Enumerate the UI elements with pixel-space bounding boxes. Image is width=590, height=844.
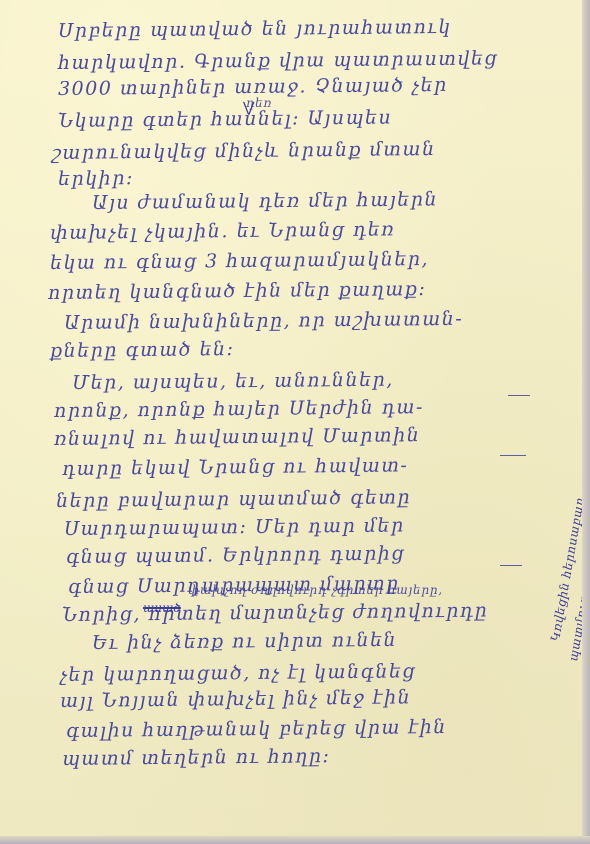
manuscript-line: Սարդարապատ։ Մեր դար մեր <box>64 514 405 540</box>
manuscript-line: շարունակվեց մինչև նրանք մտան <box>52 138 436 164</box>
manuscript-line: եկա ու գնաց 3 հազարամյակներ, <box>50 248 429 274</box>
manuscript-line: պատմ տեղերն ու հողը։ <box>62 745 331 770</box>
manuscript-line: չեր կարողացած, ոչ էլ կանգնեց <box>60 660 416 686</box>
manuscript-line: այլ Նոյյան փախչել ինչ մեջ էին <box>60 686 411 712</box>
manuscript-line: որոնք, որոնք հայեր Սերժին դա- <box>54 396 424 422</box>
manuscript-line: երկիր։ <box>58 167 134 190</box>
margin-dash <box>500 455 526 456</box>
manuscript-line: Եւ ինչ ձեռք ու սիրտ ունեն <box>92 629 397 654</box>
manuscript-line: դարը եկավ Նրանց ու հավատ- <box>62 454 409 480</box>
manuscript-line: ռնալով ու հավատալով Մարտին <box>54 424 421 450</box>
manuscript-line: գալիս հաղթանակ բերեց վրա էին <box>66 716 447 742</box>
manuscript-page: Սրբերը պատված են յուրահատուկհարկավոր․ Գր… <box>0 0 582 836</box>
manuscript-line: Արամի նախնիները, որ աշխատան- <box>64 308 463 334</box>
struck-word: ասած <box>143 601 181 615</box>
interlinear-insertion: փախչող ժողովուրդ չգիտեր հայերը, <box>188 583 443 597</box>
margin-dash <box>508 395 530 396</box>
manuscript-line: փախչել չկային․ եւ Նրանց դեռ <box>50 218 395 244</box>
manuscript-line: գնաց պատմ․ Երկրորդ դարից <box>66 542 405 568</box>
manuscript-line: որտեղ կանգնած էին մեր քաղաք։ <box>48 278 427 304</box>
manuscript-line: Նորից, որտեղ մարտնչեց ժողովուրդը <box>62 600 488 626</box>
manuscript-line: Սրբերը պատված են յուրահատուկ <box>58 16 452 42</box>
manuscript-line: քները գտած են։ <box>50 338 235 362</box>
manuscript-line: Նկարը գտեր հասնել։ Այսպես <box>58 107 392 132</box>
margin-dash <box>500 565 522 566</box>
manuscript-line: Մեր, այսպես, եւ, անուններ, <box>72 369 394 394</box>
insertion-caret: ⋁ <box>243 100 254 116</box>
manuscript-line: հարկավոր․ Գրանք վրա պատրաստվեց <box>58 47 498 74</box>
page-edge-right <box>582 0 590 844</box>
manuscript-line: Այս ժամանակ դեռ մեր հայերն <box>92 188 438 214</box>
page-edge-bottom <box>0 836 590 844</box>
manuscript-line: ները բավարար պատմած գետը <box>56 486 411 512</box>
